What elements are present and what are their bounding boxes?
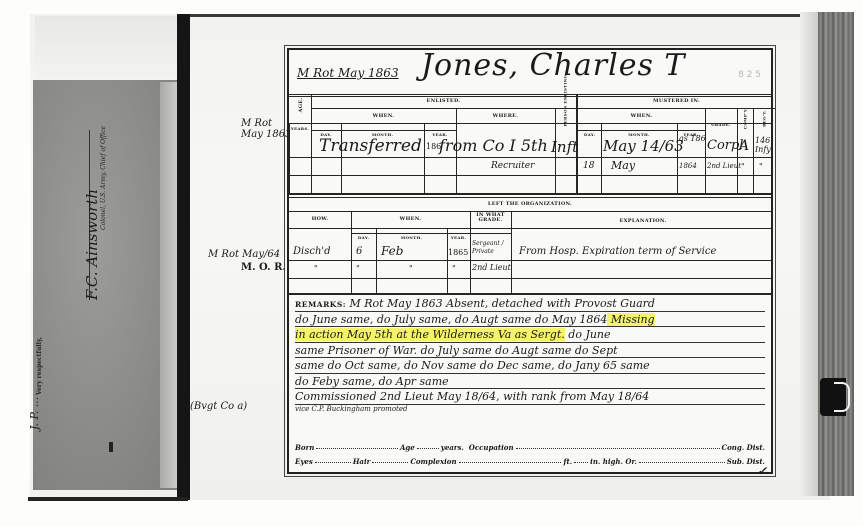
left-row2-day: ": [356, 264, 360, 273]
mi-row1-company: A: [739, 138, 749, 154]
remark-line: same Prisoner of War. do July same do Au…: [295, 343, 765, 359]
remark-text: same Prisoner of War. do July same do Au…: [295, 344, 618, 357]
left-col-month: Month.: [376, 235, 447, 240]
margin-note-roll-line2: May 1863: [241, 129, 291, 140]
mi-row2-month: May: [611, 159, 635, 172]
margin-note-roll: M Rot May 1863: [241, 118, 291, 140]
or-label: Or.: [625, 457, 637, 466]
mi-col-grade: Grade.: [705, 122, 737, 127]
left-grade-label: In what grade.: [470, 213, 511, 223]
right-page-stack: [818, 12, 854, 496]
mustered-in-label: Mustered in.: [578, 98, 775, 104]
left-row1-month: Feb: [381, 244, 403, 258]
left-row2-month: ": [409, 264, 413, 273]
flap-scrawl: J. P. ...: [28, 397, 41, 430]
age-field-label: Age: [400, 443, 415, 452]
mi-row2-company: ": [741, 162, 745, 171]
mi-col-company: Comp'y.: [743, 107, 748, 131]
top-edge: [190, 14, 820, 17]
remark-line: do Feby same, do Apr same: [295, 374, 765, 390]
born-label: Born: [295, 443, 314, 452]
remark-line: REMARKS: M Rot May 1863 Absent, detached…: [295, 296, 765, 312]
left-col-year: Year.: [447, 235, 470, 240]
in-high-label: in. high.: [590, 457, 623, 466]
eyes-label: Eyes: [295, 457, 313, 466]
left-when-label: When.: [351, 216, 470, 222]
mi-row1-regiment: 146 Infy: [755, 136, 775, 154]
mi-row1-month: May 14/63: [603, 137, 684, 155]
enlisted-when-label: When.: [311, 113, 456, 119]
binder-ring-icon: [834, 382, 850, 412]
mi-row2-regiment: ": [759, 162, 763, 171]
left-row2-year: ": [452, 264, 456, 273]
remark-text: do June same, do July same, do Augt same…: [295, 313, 607, 326]
mi-col-regiment: Reg't.: [762, 107, 767, 131]
check-mark-icon: ✓: [757, 464, 767, 478]
enlisted-where-1: from Co I 5th: [439, 136, 548, 155]
remarks-label: REMARKS:: [295, 300, 346, 309]
years-label: years.: [441, 443, 464, 452]
mi-row1-day: Inft: [551, 138, 578, 156]
left-row1-year: 1865: [448, 248, 468, 257]
personal-row-2: Eyes Hair Complexion ft. in. high. Or. S…: [295, 452, 765, 466]
left-row1-grade: Sergeant / Private: [472, 240, 512, 256]
flap-closing: Very respectfully,: [36, 337, 43, 395]
left-org-label: Left the Organization.: [289, 201, 771, 207]
person-enlisting-label: Person Enlisting.: [563, 99, 568, 127]
remark-line: do June same, do July same, do Augt same…: [295, 312, 765, 328]
flap-signature: F.C. Ainsworth: [83, 189, 101, 300]
remark-highlight: Missing: [607, 313, 654, 326]
remark-line: same do Oct same, do Nov same do Dec sam…: [295, 358, 765, 374]
margin-note-roll-64: M Rot May/64: [208, 249, 280, 260]
left-flap-top: [35, 16, 178, 82]
enlisted-where-label: Where.: [456, 113, 555, 119]
margin-note-company: (Bvgt Co a): [190, 401, 247, 412]
margin-note-roll-line1: M Rot: [241, 118, 291, 129]
left-col-day: Day.: [351, 235, 376, 240]
flap-mark: [109, 442, 113, 452]
remark-vice-note: vice C.P. Buckingham promoted: [295, 405, 765, 413]
left-row1-day: 6: [356, 246, 362, 257]
margin-note-mor: M. O. R.: [241, 262, 286, 273]
mi-row2-year: 1864: [679, 162, 697, 170]
remark-text: M Rot May 1863 Absent, detached with Pro…: [350, 297, 655, 310]
remark-text: do Feby same, do Apr same: [295, 375, 449, 388]
personal-row-1: Born Age years. Occupation Cong. Dist.: [295, 438, 765, 452]
left-row1-how: Disch'd: [293, 246, 331, 257]
remark-text: same do Oct same, do Nov same do Dec sam…: [295, 359, 650, 372]
col-years: Years.: [289, 126, 311, 131]
remark-text: Commissioned 2nd Lieut May 18/64, with r…: [295, 390, 649, 403]
service-record-card: M Rot May 1863 Jones, Charles T 8 2 5 Ag…: [287, 48, 773, 474]
complexion-label: Complexion: [410, 457, 456, 466]
remark-text: do June: [565, 328, 611, 341]
remark-line: Commissioned 2nd Lieut May 18/64, with r…: [295, 389, 765, 405]
enlisted-label: Enlisted.: [311, 98, 576, 104]
enlisted-transferred: Transferred: [319, 136, 422, 156]
mustered-when-label: When.: [578, 113, 705, 119]
binding-spine: [177, 14, 190, 500]
hair-label: Hair: [353, 457, 371, 466]
age-label: Age.: [298, 96, 304, 114]
left-row2-grade: 2nd Lieut: [472, 263, 511, 272]
left-row1-explanation: From Hosp. Expiration term of Service: [519, 246, 716, 257]
mi-row2-day: 18: [583, 161, 594, 171]
left-row2-how: ": [314, 264, 318, 273]
enlisted-where-2: Recruiter: [491, 161, 534, 171]
mi-row1-grade: Corpl: [707, 138, 743, 153]
remark-line: in action May 5th at the Wilderness Va a…: [295, 327, 765, 343]
mi-row2-grade: 2nd Lieut: [707, 162, 741, 170]
left-explanation-label: Explanation.: [511, 218, 775, 224]
personal-fields: Born Age years. Occupation Cong. Dist. E…: [295, 438, 765, 466]
card-header: M Rot May 1863 Jones, Charles T 8 2 5: [289, 50, 771, 94]
mi-col-day: Day.: [578, 132, 601, 137]
card-number: 8 2 5: [738, 70, 761, 80]
remarks-section: REMARKS: M Rot May 1863 Absent, detached…: [295, 296, 765, 413]
right-shadow: [800, 12, 820, 496]
roll-date: M Rot May 1863: [297, 66, 399, 80]
ft-label: ft.: [563, 457, 572, 466]
soldier-name: Jones, Charles T: [421, 48, 685, 83]
cong-dist-label: Cong. Dist.: [722, 443, 765, 452]
mi-row1-year: as 186: [679, 134, 705, 143]
occupation-label: Occupation: [469, 443, 514, 452]
flap-signature-title: Colonel, U.S. Army, Chief of Office: [100, 126, 107, 230]
bottom-edge: [28, 497, 188, 501]
left-how-label: How.: [289, 216, 351, 222]
remark-highlight: in action May 5th at the Wilderness Va a…: [295, 328, 565, 341]
